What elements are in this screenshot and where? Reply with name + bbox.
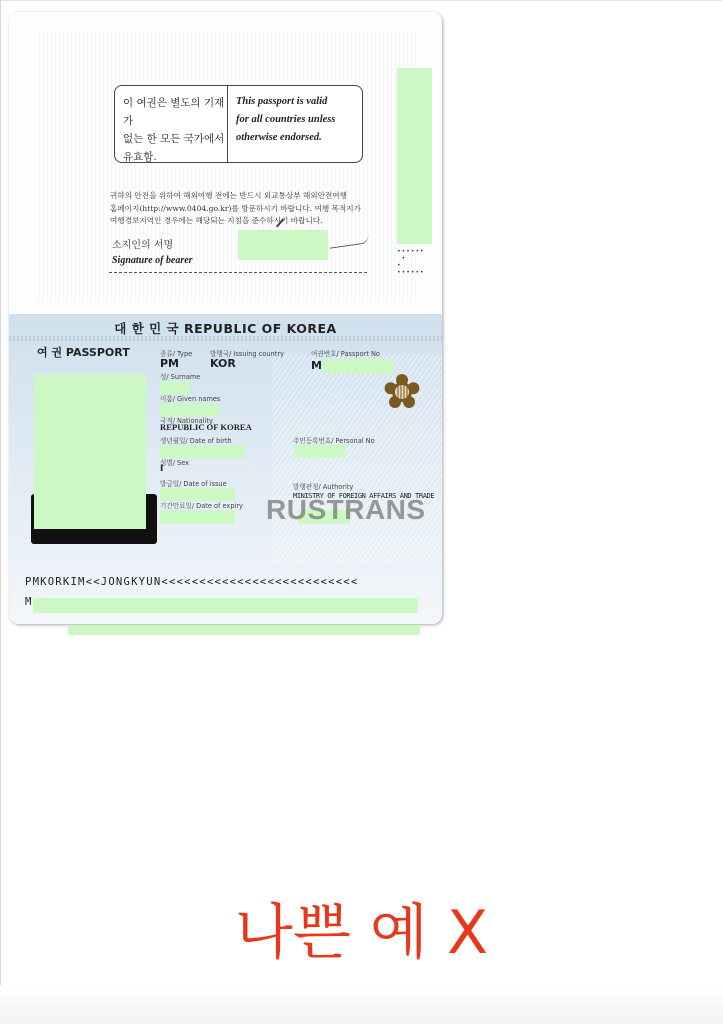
document-type-label: 여 권 PASSPORT [37,344,130,360]
notice-en-line: otherwise endorsed. [236,129,362,147]
advisory-line: 여행경보지역인 경우에는 해당되는 지침을 준수하시기 바랍니다. [110,215,370,228]
passport-data-page: 대 한 민 국 REPUBLIC OF KOREA 여 권 PASSPORT 종… [9,314,442,624]
microprint-line [9,336,442,341]
date-of-issue-label: 발급일/ Date of issue [160,478,227,488]
rustrans-watermark: RUSTRANS [266,494,426,526]
signature-line [109,272,367,274]
notice-en-line: This passport is valid [236,93,362,111]
signature-redaction [238,230,328,260]
passport-scan: 이 여권은 별도의 기재가 없는 한 모든 국가에서 유효함. This pas… [9,12,442,624]
passport-no-label: 여권번호/ Passport No [311,348,380,358]
date-of-expiry-redaction [160,510,235,524]
notice-ko-line: 이 여권은 별도의 기재가 [123,94,227,130]
issuing-country-value: KOR [210,357,236,370]
mrz-line-1: PMKORKIM<<JONGKYUN<<<<<<<<<<<<<<<<<<<<<<… [25,576,358,588]
notice-ko-line: 유효함. [123,148,227,166]
validity-notice-box: 이 여권은 별도의 기재가 없는 한 모든 국가에서 유효함. This pas… [114,85,363,163]
page-bottom-edge [0,985,723,1024]
mrz-line-2-prefix: M [25,596,33,608]
surname-label: 성/ Surname [160,371,200,381]
authority-label: 발행관청/ Authority [293,481,353,491]
notice-en-line: for all countries unless [236,111,362,129]
advisory-line: 홈페이지(http://www.0404.go.kr)를 방문하시기 바랍니다.… [110,203,370,216]
advisory-line: 귀하의 안전을 위하여 해외여행 전에는 반드시 외교통상부 해외안전여행 [110,190,370,203]
dob-label: 생년월일/ Date of birth [160,435,232,445]
mrz-line-2-redaction [33,598,418,613]
national-emblem-icon [384,374,420,410]
validity-notice-english: This passport is valid for all countries… [228,86,362,162]
notice-ko-line: 없는 한 모든 국가에서 [123,130,227,148]
nationality-value: REPUBLIC OF KOREA [160,422,252,432]
date-of-expiry-label: 기간만료일/ Date of expiry [160,500,243,510]
passport-no-redaction [322,359,394,373]
signature-label-korean: 소지인의 서명 [112,236,173,251]
validity-notice-korean: 이 여권은 별도의 기재가 없는 한 모든 국가에서 유효함. [115,86,228,162]
country-title: 대 한 민 국 REPUBLIC OF KOREA [9,319,442,337]
vertical-redaction [397,68,432,244]
passport-no-prefix: M [311,359,322,372]
perforation-dots: •••••• •••••••• [397,248,425,276]
personal-no-label: 주민등록번호/ Personal No [293,435,375,445]
below-passport-redaction [68,625,420,635]
bad-example-caption: 나쁜 예 X [0,885,723,971]
type-value: PM [160,357,179,370]
photo-redaction [34,374,146,529]
background-artwork [39,32,419,302]
travel-advisory-text: 귀하의 안전을 위하여 해외여행 전에는 반드시 외교통상부 해외안전여행 홈페… [110,190,370,228]
sex-label: 성별/ Sex [160,457,189,467]
sex-value: I [160,464,163,474]
passport-observations-page: 이 여권은 별도의 기재가 없는 한 모든 국가에서 유효함. This pas… [9,12,442,314]
personal-no-redaction [294,445,346,458]
signature-label-english: Signature of bearer [112,255,193,266]
given-names-label: 이름/ Given names [160,393,220,403]
